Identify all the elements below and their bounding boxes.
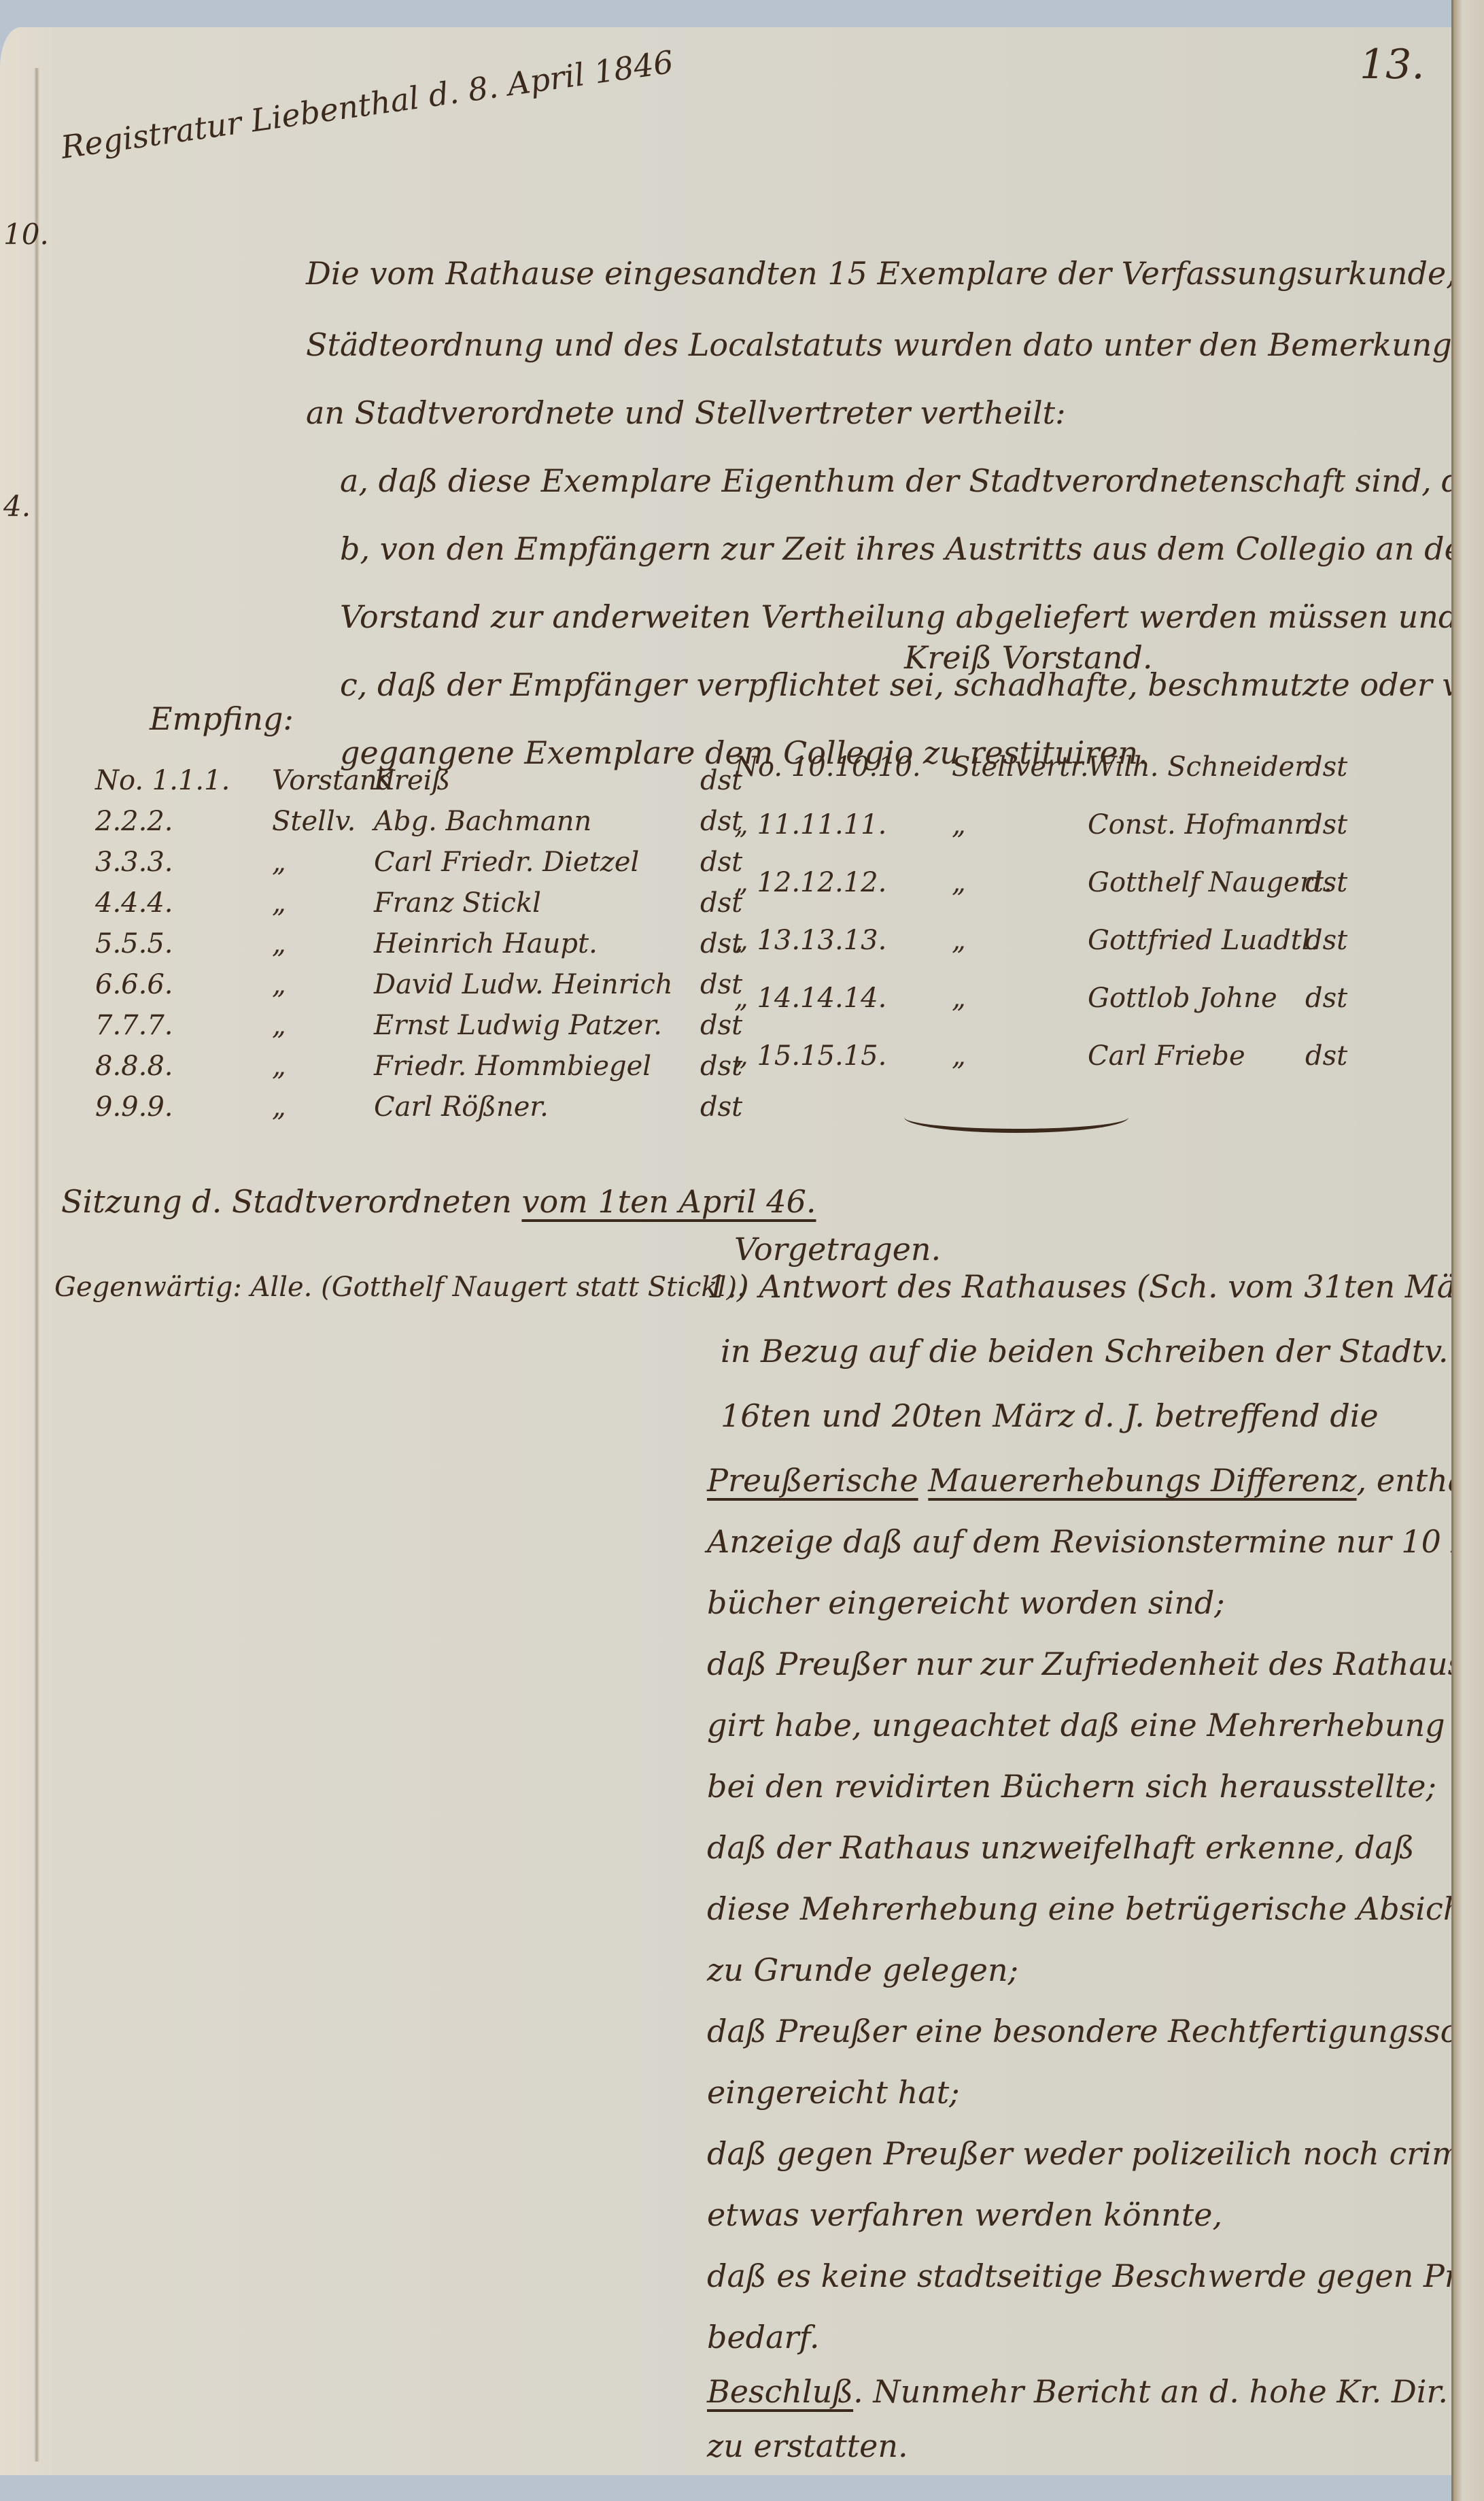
book-spine-fold — [34, 68, 39, 2462]
recipient-row: „ 15.15.15.„Carl Friebedst — [734, 1040, 1347, 1072]
resolution-line: Beschluß. Nunmehr Bericht an d. hohe Kr.… — [707, 2373, 1448, 2410]
body-line: girt habe, ungeachtet daß eine Mehrerheb… — [707, 1707, 1484, 1743]
body-line: daß gegen Preußer weder polizeilich noch… — [707, 2135, 1484, 2172]
body-line: daß der Rathaus unzweifelhaft erkenne, d… — [707, 1829, 1415, 1866]
body-line: diese Mehrerhebung eine betrügerische Ab… — [707, 1890, 1484, 1927]
body-line: in Bezug auf die beiden Schreiben der St… — [721, 1333, 1484, 1369]
body-line: bedarf. — [707, 2319, 820, 2355]
signature: Kreiß Vorstand. — [904, 639, 1153, 676]
brace-mark — [904, 1102, 1128, 1133]
section-margin-heading: Registratur Liebenthal d. 8. April 1846 — [58, 44, 676, 166]
session-heading: Sitzung d. Stadtverordneten vom 1ten Apr… — [61, 1183, 816, 1220]
body-line: bücher eingereicht worden sind; — [707, 1584, 1225, 1621]
recipient-row: 6.6.6.„David Ludw. Heinrichdst — [95, 969, 742, 1000]
recipient-row: 2.2.2.Stellv.Abg. Bachmanndst — [95, 806, 742, 837]
body-line: Die vom Rathause eingesandten 15 Exempla… — [306, 255, 1456, 292]
body-line: 1.) Antwort des Rathauses (Sch. vom 31te… — [707, 1268, 1484, 1305]
recipient-row: 9.9.9.„Carl Rößner.dst — [95, 1091, 742, 1123]
recipient-row: No. 1.1.1.VorstandKreißdst — [95, 765, 742, 796]
body-line: bei den revidirten Büchern sich herausst… — [707, 1768, 1436, 1805]
recipients-label: Empfing: — [150, 700, 294, 737]
body-line: zu Grunde gelegen; — [707, 1952, 1018, 1988]
body-line: b, von den Empfängern zur Zeit ihres Aus… — [340, 530, 1483, 567]
body-line: an Stadtverordnete und Stellvertreter ve… — [306, 394, 1066, 431]
recipient-row: 8.8.8.„Friedr. Hommbiegeldst — [95, 1051, 742, 1082]
body-line: daß Preußer eine besondere Rechtfertigun… — [707, 2013, 1484, 2049]
body-line: Vorstand zur anderweiten Vertheilung abg… — [340, 598, 1458, 635]
recipient-row: „ 12.12.12.„Gotthelf Naugert.dst — [734, 867, 1347, 898]
recipient-row: „ 14.14.14.„Gottlob Johnedst — [734, 983, 1347, 1014]
recipient-row: 7.7.7.„Ernst Ludwig Patzer.dst — [95, 1010, 742, 1041]
recipient-row: 4.4.4.„Franz Stickldst — [95, 887, 742, 919]
body-line: a, daß diese Exemplare Eigenthum der Sta… — [340, 462, 1484, 499]
page-number: 13. — [1360, 41, 1424, 88]
proposal-label: Vorgetragen. — [734, 1231, 941, 1267]
body-line: daß es keine stadtseitige Beschwerde geg… — [707, 2258, 1484, 2294]
recipient-row: No. 10.10.10.Stellvertr.Wilh. Schneiderd… — [734, 751, 1347, 783]
subject-line: Preußerische Mauererhebungs Differenz, e… — [707, 1462, 1484, 1499]
recipient-row: 3.3.3.„Carl Friedr. Dietzeldst — [95, 847, 742, 878]
body-line: Städteordnung und des Localstatuts wurde… — [306, 326, 1484, 363]
body-line: zu erstatten. — [707, 2428, 908, 2464]
body-line: 16ten und 20ten März d. J. betreffend di… — [721, 1397, 1379, 1434]
recipient-row: 5.5.5.„Heinrich Haupt.dst — [95, 928, 742, 959]
body-line: daß Preußer nur zur Zufriedenheit des Ra… — [707, 1646, 1484, 1682]
body-line: Anzeige daß auf dem Revisionstermine nur… — [707, 1523, 1484, 1560]
margin-note: 10. — [3, 218, 49, 251]
body-line: etwas verfahren werden könnte, — [707, 2196, 1222, 2233]
recipient-row: „ 11.11.11.„Const. Hofmanndst — [734, 809, 1347, 840]
margin-note: 4. — [3, 490, 31, 523]
adjacent-page-edge — [1451, 0, 1484, 2501]
body-line: eingereicht hat; — [707, 2074, 960, 2111]
recipient-row: „ 13.13.13.„Gottfried Luadtl.dst — [734, 925, 1347, 956]
attendance-note: Gegenwärtig: Alle. (Gotthelf Naugert sta… — [54, 1272, 746, 1303]
manuscript-page: 13. 10. 4. Registratur Liebenthal d. 8. … — [0, 27, 1455, 2475]
